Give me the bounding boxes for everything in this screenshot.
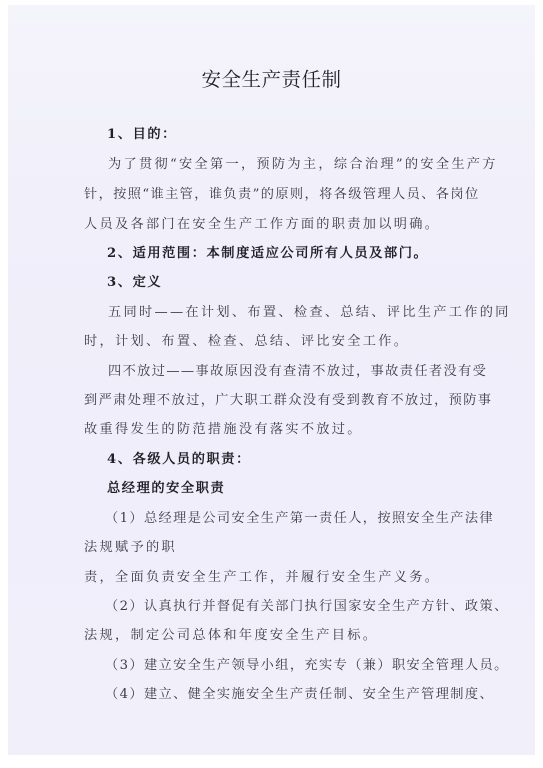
body-text-line: （2）认真执行并督促有关部门执行国家安全生产方针、政策、: [105, 595, 509, 614]
body-text-line: 法规赋予的职: [84, 536, 177, 555]
body-text-line: （1）总经理是公司安全生产第一责任人，按照安全生产法律: [105, 507, 494, 526]
body-text-line: 人员及各部门在安全生产工作方面的职责加以明确。: [84, 213, 440, 232]
body-text-line: （3）建立安全生产领导小组，充实专（兼）职安全管理人员。: [105, 654, 509, 673]
body-text-line: 到严肃处理不放过，广大职工群众没有受到教育不放过，预防事: [84, 389, 492, 408]
body-text-line: 五同时——在计划、布置、检查、总结、评比生产工作的同: [108, 301, 511, 320]
body-text-line: 故重得发生的防范措施没有落实不放过。: [84, 418, 363, 437]
body-text-line: 四不放过——事故原因没有查清不放过，事故责任者没有受: [108, 360, 487, 379]
body-text-line: 时，计划、布置、检查、总结、评比安全工作。: [84, 330, 409, 349]
section-heading: 3、定义: [107, 271, 162, 290]
body-text-line: 为了贯彻“安全第一，预防为主，综合治理”的安全生产方: [108, 153, 498, 172]
body-text-line: （4）建立、健全实施安全生产责任制、安全生产管理制度、: [105, 683, 494, 702]
document-title: 安全生产责任制: [0, 64, 543, 92]
section-heading: 总经理的安全职责: [107, 477, 225, 496]
section-heading: 1、目的：: [107, 123, 177, 142]
body-text-line: 责，全面负责安全生产工作，并履行安全生产义务。: [84, 566, 440, 585]
section-heading: 4、各级人员的职责：: [107, 448, 251, 467]
section-heading: 2、适用范围：本制度适应公司所有人员及部门。: [107, 242, 428, 261]
body-text-line: 法规，制定公司总体和年度安全生产目标。: [84, 624, 378, 643]
body-text-line: 针，按照“谁主管，谁负责”的原则，将各级管理人员、各岗位: [84, 183, 480, 202]
